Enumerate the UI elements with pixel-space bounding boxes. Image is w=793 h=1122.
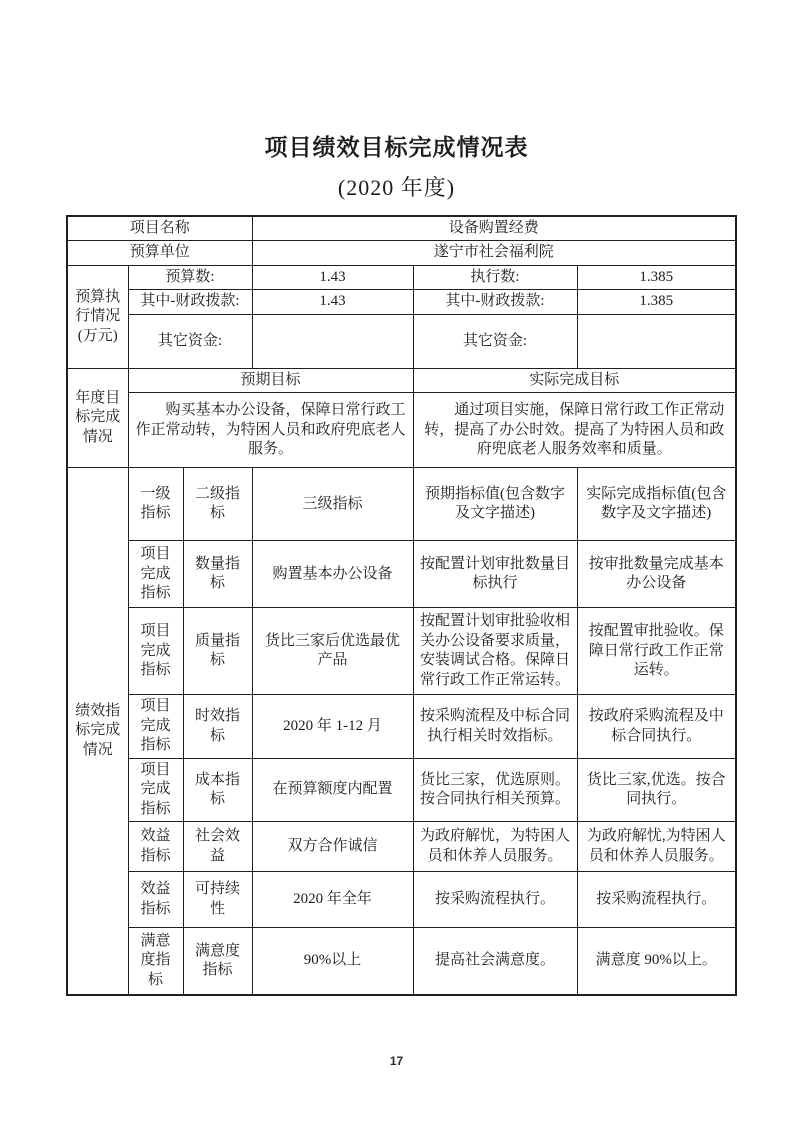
indicator-actual: 按配置审批验收。保障日常行政工作正常运转。: [577, 608, 736, 695]
indicator-level2: 质量指标: [183, 608, 252, 695]
performance-report-table: 项目名称 设备购置经费 预算单位 遂宁市社会福利院 预算执行情况(万元) 预算数…: [66, 215, 737, 996]
other-funds-exec-value: [577, 314, 736, 368]
indicator-level3: 货比三家后优选最优产品: [252, 608, 413, 695]
table-row: 效益指标 社会效益 双方合作诚信 为政府解忧，为特困人员和休养人员服务。 为政府…: [67, 822, 736, 872]
annual-goal-section-label: 年度目标完成情况: [67, 368, 128, 468]
table-row: 项目完成指标 时效指标 2020 年 1-12 月 按采购流程及中标合同执行相关…: [67, 695, 736, 759]
actual-goal-text: 通过项目实施，保障日常行政工作正常动转，提高了办公时效。提高了为特困人员和政府兜…: [413, 393, 736, 468]
indicator-actual: 货比三家,优选。按合同执行。: [577, 758, 736, 822]
indicator-level1: 项目完成指标: [128, 608, 183, 695]
indicator-level1: 效益指标: [128, 872, 183, 928]
document-subtitle: (2020 年度): [0, 175, 793, 201]
table-row: 购买基本办公设备，保障日常行政工作正常动转，为特困人员和政府兜底老人服务。 通过…: [67, 393, 736, 468]
executed-amount-value: 1.385: [577, 265, 736, 290]
indicator-level2: 数量指标: [183, 541, 252, 608]
indicator-level2: 可持续性: [183, 872, 252, 928]
indicator-expected: 按配置计划审批验收相关办公设备要求质量，安装调试合格。保障日常行政工作正常运转。: [413, 608, 577, 695]
budget-amount-value: 1.43: [252, 265, 413, 290]
indicator-expected: 提高社会满意度。: [413, 928, 577, 995]
fiscal-allocation-label: 其中-财政拨款:: [128, 290, 252, 315]
expected-indicator-header: 预期指标值(包含数字及文字描述): [413, 468, 577, 541]
indicator-actual: 满意度 90%以上。: [577, 928, 736, 995]
document-page: 项目绩效目标完成情况表 (2020 年度) 项目名称 设备购置经费 预算单位 遂…: [0, 0, 793, 1068]
fiscal-allocation-exec-value: 1.385: [577, 290, 736, 315]
table-row: 绩效指标完成情况 一级指标 二级指标 三级指标 预期指标值(包含数字及文字描述)…: [67, 468, 736, 541]
budget-section-label: 预算执行情况(万元): [67, 265, 128, 368]
indicator-level3: 90%以上: [252, 928, 413, 995]
indicator-expected: 按采购流程执行。: [413, 872, 577, 928]
other-funds-value: [252, 314, 413, 368]
indicator-level3: 购置基本办公设备: [252, 541, 413, 608]
fiscal-allocation-value: 1.43: [252, 290, 413, 315]
indicator-level3: 2020 年全年: [252, 872, 413, 928]
level1-indicator-header: 一级指标: [128, 468, 183, 541]
table-row: 项目完成指标 质量指标 货比三家后优选最优产品 按配置计划审批验收相关办公设备要…: [67, 608, 736, 695]
indicator-level2: 社会效益: [183, 822, 252, 872]
fiscal-allocation-exec-label: 其中-财政拨款:: [413, 290, 577, 315]
level2-indicator-header: 二级指标: [183, 468, 252, 541]
performance-section-label: 绩效指标完成情况: [67, 468, 128, 995]
indicator-level3: 在预算额度内配置: [252, 758, 413, 822]
indicator-level1: 项目完成指标: [128, 695, 183, 759]
budget-unit-value: 遂宁市社会福利院: [252, 241, 736, 266]
table-row: 满意度指标 满意度指标 90%以上 提高社会满意度。 满意度 90%以上。: [67, 928, 736, 995]
project-name-value: 设备购置经费: [252, 216, 736, 241]
other-funds-label: 其它资金:: [128, 314, 252, 368]
expected-goal-header: 预期目标: [128, 368, 413, 393]
actual-goal-header: 实际完成目标: [413, 368, 736, 393]
table-row: 其中-财政拨款: 1.43 其中-财政拨款: 1.385: [67, 290, 736, 315]
table-row: 项目完成指标 成本指标 在预算额度内配置 货比三家，优选原则。按合同执行相关预算…: [67, 758, 736, 822]
indicator-level1: 项目完成指标: [128, 541, 183, 608]
indicator-level2: 时效指标: [183, 695, 252, 759]
table-row: 项目完成指标 数量指标 购置基本办公设备 按配置计划审批数量目标执行 按审批数量…: [67, 541, 736, 608]
page-number: 17: [0, 1054, 793, 1068]
indicator-actual: 为政府解忧,为特困人员和休养人员服务。: [577, 822, 736, 872]
document-title: 项目绩效目标完成情况表: [0, 134, 793, 162]
executed-amount-label: 执行数:: [413, 265, 577, 290]
indicator-level3: 双方合作诚信: [252, 822, 413, 872]
actual-indicator-header: 实际完成指标值(包含数字及文字描述): [577, 468, 736, 541]
indicator-actual: 按审批数量完成基本办公设备: [577, 541, 736, 608]
expected-goal-text: 购买基本办公设备，保障日常行政工作正常动转，为特困人员和政府兜底老人服务。: [128, 393, 413, 468]
table-row: 预算执行情况(万元) 预算数: 1.43 执行数: 1.385: [67, 265, 736, 290]
indicator-level2: 满意度指标: [183, 928, 252, 995]
other-funds-exec-label: 其它资金:: [413, 314, 577, 368]
budget-unit-label: 预算单位: [67, 241, 252, 266]
indicator-level2: 成本指标: [183, 758, 252, 822]
indicator-expected: 按配置计划审批数量目标执行: [413, 541, 577, 608]
indicator-level1: 满意度指标: [128, 928, 183, 995]
indicator-level3: 2020 年 1-12 月: [252, 695, 413, 759]
project-name-label: 项目名称: [67, 216, 252, 241]
indicator-expected: 货比三家，优选原则。按合同执行相关预算。: [413, 758, 577, 822]
indicator-expected: 为政府解忧，为特困人员和休养人员服务。: [413, 822, 577, 872]
table-row: 项目名称 设备购置经费: [67, 216, 736, 241]
table-row: 其它资金: 其它资金:: [67, 314, 736, 368]
indicator-expected: 按采购流程及中标合同执行相关时效指标。: [413, 695, 577, 759]
indicator-actual: 按政府采购流程及中标合同执行。: [577, 695, 736, 759]
indicator-level1: 效益指标: [128, 822, 183, 872]
table-row: 年度目标完成情况 预期目标 实际完成目标: [67, 368, 736, 393]
indicator-actual: 按采购流程执行。: [577, 872, 736, 928]
budget-amount-label: 预算数:: [128, 265, 252, 290]
table-row: 效益指标 可持续性 2020 年全年 按采购流程执行。 按采购流程执行。: [67, 872, 736, 928]
level3-indicator-header: 三级指标: [252, 468, 413, 541]
table-row: 预算单位 遂宁市社会福利院: [67, 241, 736, 266]
indicator-level1: 项目完成指标: [128, 758, 183, 822]
